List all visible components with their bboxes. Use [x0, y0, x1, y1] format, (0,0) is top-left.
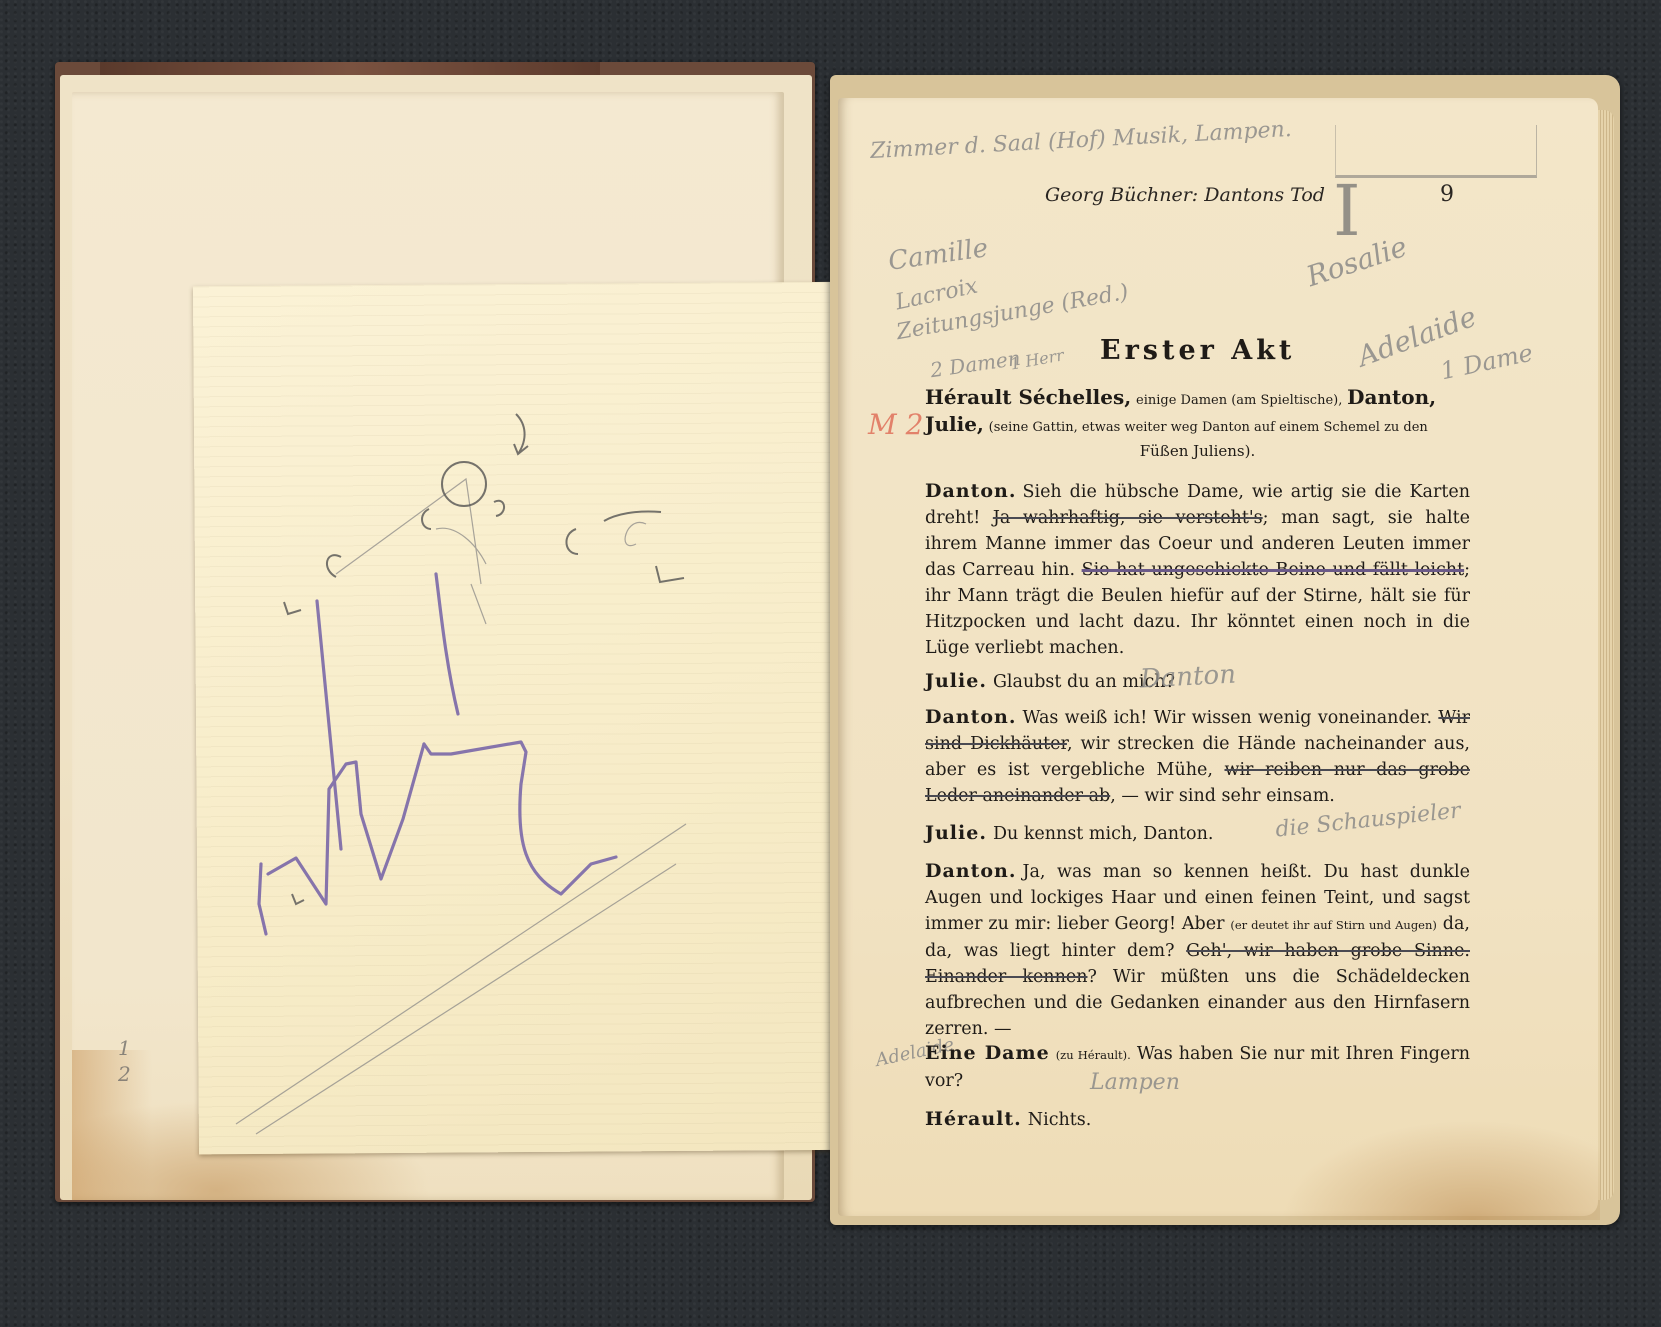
margin-numbers: 1 2 [118, 1035, 131, 1087]
stage-direction-line-2: Julie, (seine Gattin, etwas weiter weg D… [925, 411, 1470, 441]
speaker-name: Hérault. [925, 1108, 1022, 1130]
stage-direction-line-1: Hérault Séchelles, einige Damen (am Spie… [925, 384, 1470, 414]
speech-herault: Hérault.Nichts. [925, 1106, 1470, 1133]
pencil-box-sketch [1335, 125, 1537, 178]
speaker-name: Eine Dame [925, 1042, 1050, 1064]
stage-direction-inline: (zu Hérault). [1056, 1048, 1131, 1062]
speaker-name: Julie. [925, 822, 987, 844]
page-edges [1598, 110, 1614, 1200]
speaker-name: Danton. [925, 480, 1016, 502]
stage-sketch [196, 284, 870, 1152]
struck-text: Ja wahrhaftig, sie versteht's [993, 508, 1263, 528]
act-title: Erster Akt [1100, 335, 1295, 366]
pencil-note-lampen: Lampen [1090, 1070, 1180, 1095]
speaker-name: Danton. [925, 706, 1016, 728]
red-crayon-mark: M 2 [868, 408, 923, 441]
pencil-note-danton: Danton [1139, 660, 1236, 695]
speech-danton-3: Danton.Ja, was man so kennen heißt. Du h… [925, 858, 1470, 1042]
speaker-name: Danton. [925, 860, 1016, 882]
speech-danton-1: Danton.Sieh die hübsche Dame, wie artig … [925, 478, 1470, 661]
struck-text: Sie hat ungeschickte Beine und fällt lei… [1082, 560, 1465, 580]
speech-danton-2: Danton.Was weiß ich! Wir wissen wenig vo… [925, 704, 1470, 809]
pencil-roman-numeral: I [1333, 170, 1361, 252]
water-stain [72, 1050, 152, 1200]
water-stain [1280, 1120, 1600, 1220]
page-number: 9 [1440, 182, 1454, 207]
stage-direction-line-3: Füßen Juliens). [925, 438, 1470, 465]
speech-dame: Eine Dame(zu Hérault). Was haben Sie nur… [925, 1040, 1470, 1094]
running-head: Georg Büchner: Dantons Tod [1045, 184, 1325, 206]
speaker-name: Julie. [925, 670, 987, 692]
stage-direction-inline: (er deutet ihr auf Stirn und Augen) [1230, 918, 1437, 932]
